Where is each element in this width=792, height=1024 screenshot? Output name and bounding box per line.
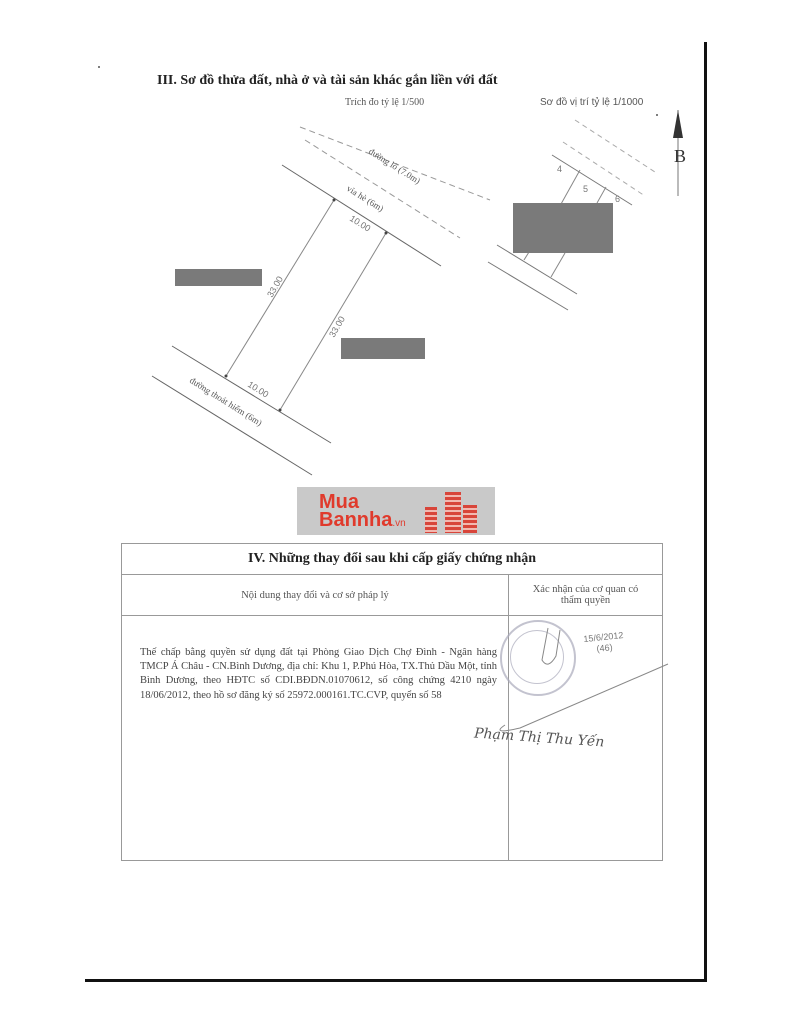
signature-stroke [0, 0, 792, 1024]
